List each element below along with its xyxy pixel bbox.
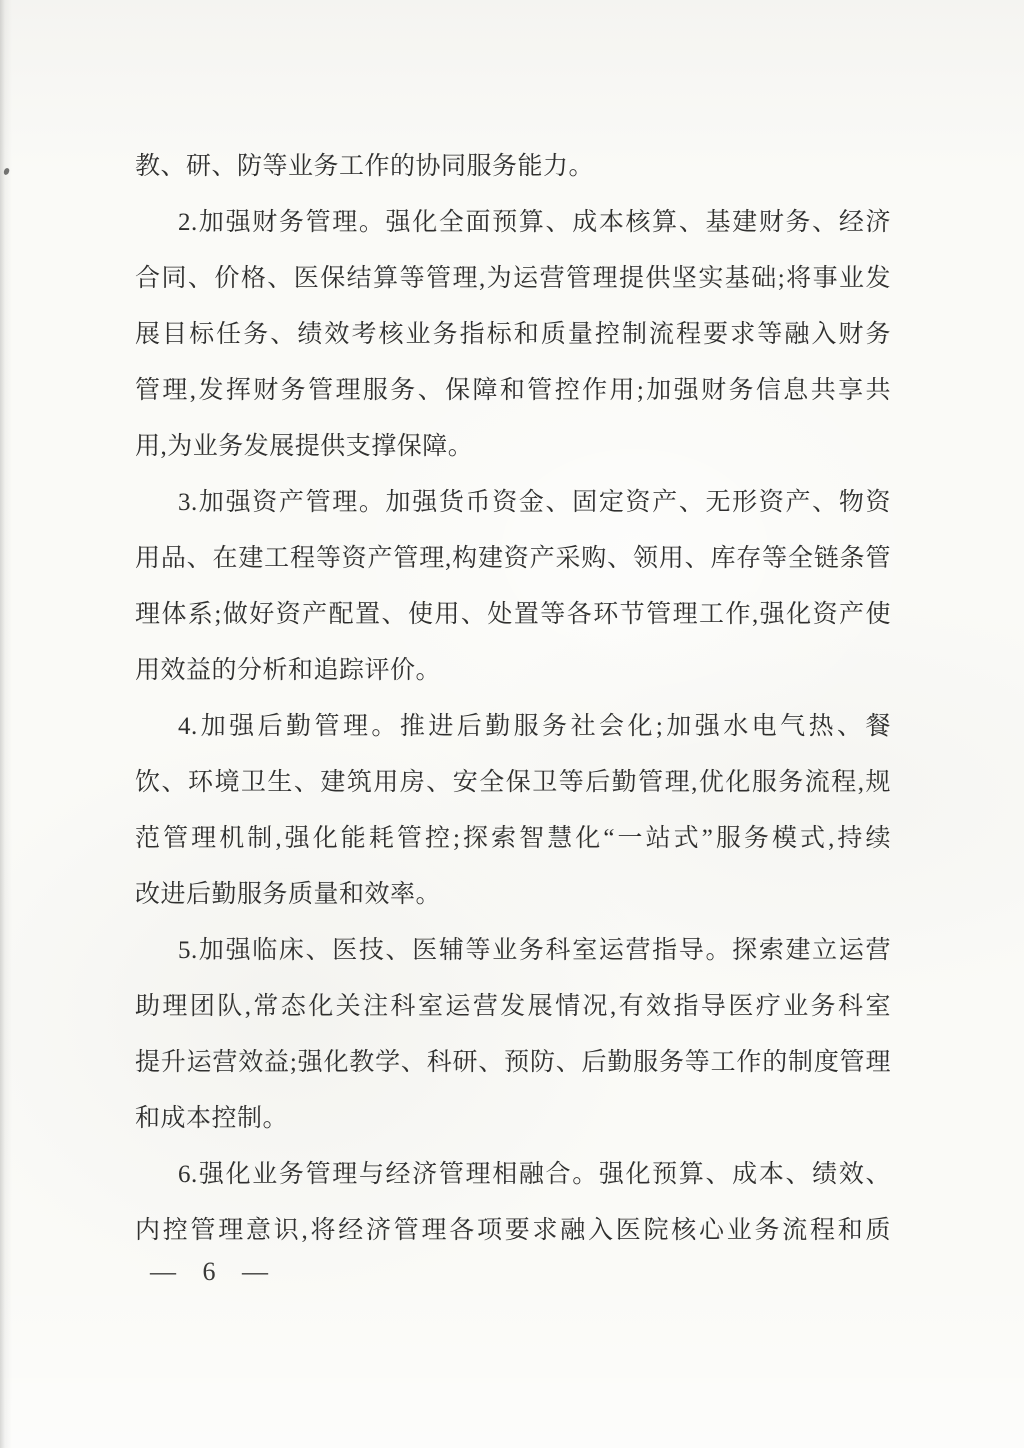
- text-line: 和成本控制。: [135, 1091, 891, 1147]
- paragraph-continuation: 教、研、防等业务工作的协同服务能力。: [135, 139, 891, 195]
- document-page: 教、研、防等业务工作的协同服务能力。 2.加强财务管理。强化全面预算、成本核算、…: [0, 0, 1024, 1448]
- page-footer: — 6 —: [150, 1252, 271, 1292]
- text-line: 范管理机制,强化能耗管控;探索智慧化“一站式”服务模式,持续: [135, 811, 891, 867]
- text-line: 饮、环境卫生、建筑用房、安全保卫等后勤管理,优化服务流程,规: [135, 755, 891, 811]
- text-line: 3.加强资产管理。加强货币资金、固定资产、无形资产、物资: [135, 475, 891, 531]
- text-line: 用,为业务发展提供支撑保障。: [135, 419, 891, 475]
- paragraph-2: 2.加强财务管理。强化全面预算、成本核算、基建财务、经济 合同、价格、医保结算等…: [135, 195, 891, 475]
- text-line: 4.加强后勤管理。推进后勤服务社会化;加强水电气热、餐: [135, 699, 891, 755]
- text-line: 用效益的分析和追踪评价。: [135, 643, 891, 699]
- text-line: 展目标任务、绩效考核业务指标和质量控制流程要求等融入财务: [135, 307, 891, 363]
- page-number: — 6 —: [150, 1257, 271, 1287]
- paragraph-4: 4.加强后勤管理。推进后勤服务社会化;加强水电气热、餐 饮、环境卫生、建筑用房、…: [135, 699, 891, 923]
- text-line: 提升运营效益;强化教学、科研、预防、后勤服务等工作的制度管理: [135, 1035, 891, 1091]
- paragraph-5: 5.加强临床、医技、医辅等业务科室运营指导。探索建立运营 助理团队,常态化关注科…: [135, 923, 891, 1147]
- text-line: 管理,发挥财务管理服务、保障和管控作用;加强财务信息共享共: [135, 363, 891, 419]
- scan-edge-shadow: [0, 0, 12, 1448]
- paragraph-3: 3.加强资产管理。加强货币资金、固定资产、无形资产、物资 用品、在建工程等资产管…: [135, 475, 891, 699]
- text-line: 2.加强财务管理。强化全面预算、成本核算、基建财务、经济: [135, 195, 891, 251]
- document-body: 教、研、防等业务工作的协同服务能力。 2.加强财务管理。强化全面预算、成本核算、…: [135, 139, 891, 1259]
- text-line: 合同、价格、医保结算等管理,为运营管理提供坚实基础;将事业发: [135, 251, 891, 307]
- paragraph-6: 6.强化业务管理与经济管理相融合。强化预算、成本、绩效、 内控管理意识,将经济管…: [135, 1147, 891, 1259]
- text-line: 助理团队,常态化关注科室运营发展情况,有效指导医疗业务科室: [135, 979, 891, 1035]
- text-line: 理体系;做好资产配置、使用、处置等各环节管理工作,强化资产使: [135, 587, 891, 643]
- text-line: 5.加强临床、医技、医辅等业务科室运营指导。探索建立运营: [135, 923, 891, 979]
- text-line: 教、研、防等业务工作的协同服务能力。: [135, 139, 891, 195]
- text-line: 改进后勤服务质量和效率。: [135, 867, 891, 923]
- text-line: 内控管理意识,将经济管理各项要求融入医院核心业务流程和质: [135, 1203, 891, 1259]
- text-line: 6.强化业务管理与经济管理相融合。强化预算、成本、绩效、: [135, 1147, 891, 1203]
- text-line: 用品、在建工程等资产管理,构建资产采购、领用、库存等全链条管: [135, 531, 891, 587]
- scan-speck: [3, 167, 10, 175]
